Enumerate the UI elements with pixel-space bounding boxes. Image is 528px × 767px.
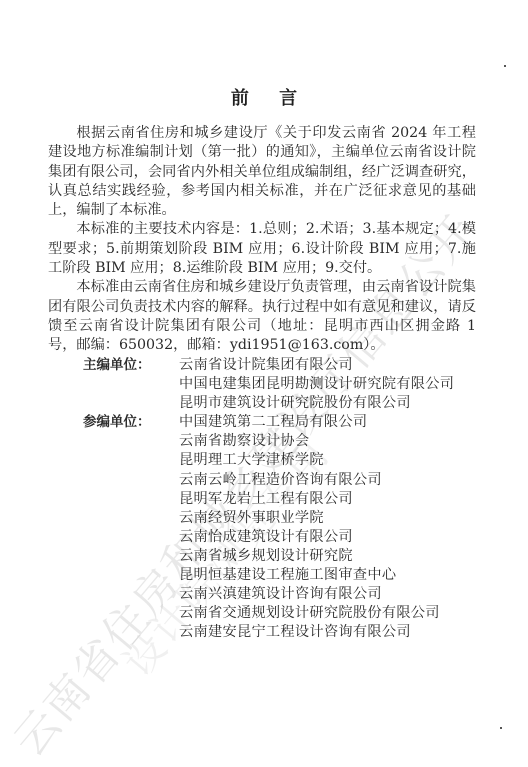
paragraph-contents: 本标准的主要技术内容是：1.总则；2.术语；3.基本规定；4.模型要求；5.前期… [48,220,476,278]
chief-editor-units: 主编单位： 云南省设计院集团有限公司 中国电建集团昆明勘测设计研究院有限公司 昆… [83,356,454,413]
paragraph-management: 本标准由云南省住房和城乡建设厅负责管理，由云南省设计院集团有限公司负责技术内容的… [48,278,476,355]
list-item: 云南云岭工程造价咨询有限公司 [179,471,440,490]
list-item: 中国电建集团昆明勘测设计研究院有限公司 [179,375,454,394]
document-page: 云南省住房和城乡建设厅信息公开 设计院浏览专用 前 言 根据云南省住房和城乡建设… [0,0,528,767]
list-item: 中国建筑第二工程局有限公司 [179,413,440,432]
chief-editor-label: 主编单位： [83,356,179,413]
list-item: 昆明军龙岩土工程有限公司 [179,490,440,509]
participant-list: 中国建筑第二工程局有限公司 云南省勘察设计协会 昆明理工大学津桥学院 云南云岭工… [179,413,440,642]
list-item: 云南省勘察设计协会 [179,432,440,451]
participant-units: 参编单位： 中国建筑第二工程局有限公司 云南省勘察设计协会 昆明理工大学津桥学院… [83,413,454,642]
list-item: 昆明市建筑设计研究院股份有限公司 [179,394,454,413]
list-item: 昆明理工大学津桥学院 [179,451,440,470]
list-item: 昆明恒基建设工程施工图审查中心 [179,566,440,585]
scan-mark [504,65,506,67]
paragraph-background: 根据云南省住房和城乡建设厅《关于印发云南省 2024 年工程建设地方标准编制计划… [48,124,476,220]
list-item: 云南建安昆宁工程设计咨询有限公司 [179,623,440,642]
preface-body: 根据云南省住房和城乡建设厅《关于印发云南省 2024 年工程建设地方标准编制计划… [48,124,476,356]
list-item: 云南省设计院集团有限公司 [179,356,454,375]
list-item: 云南经贸外事职业学院 [179,509,440,528]
list-item: 云南兴滇建筑设计咨询有限公司 [179,585,440,604]
list-item: 云南省城乡规划设计研究院 [179,547,440,566]
scan-mark [500,727,502,729]
page-title: 前 言 [0,84,528,110]
list-item: 云南怡成建筑设计有限公司 [179,528,440,547]
chief-editor-list: 云南省设计院集团有限公司 中国电建集团昆明勘测设计研究院有限公司 昆明市建筑设计… [179,356,454,413]
editing-units: 主编单位： 云南省设计院集团有限公司 中国电建集团昆明勘测设计研究院有限公司 昆… [83,356,454,642]
participant-label: 参编单位： [83,413,179,642]
list-item: 云南省交通规划设计研究院股份有限公司 [179,604,440,623]
